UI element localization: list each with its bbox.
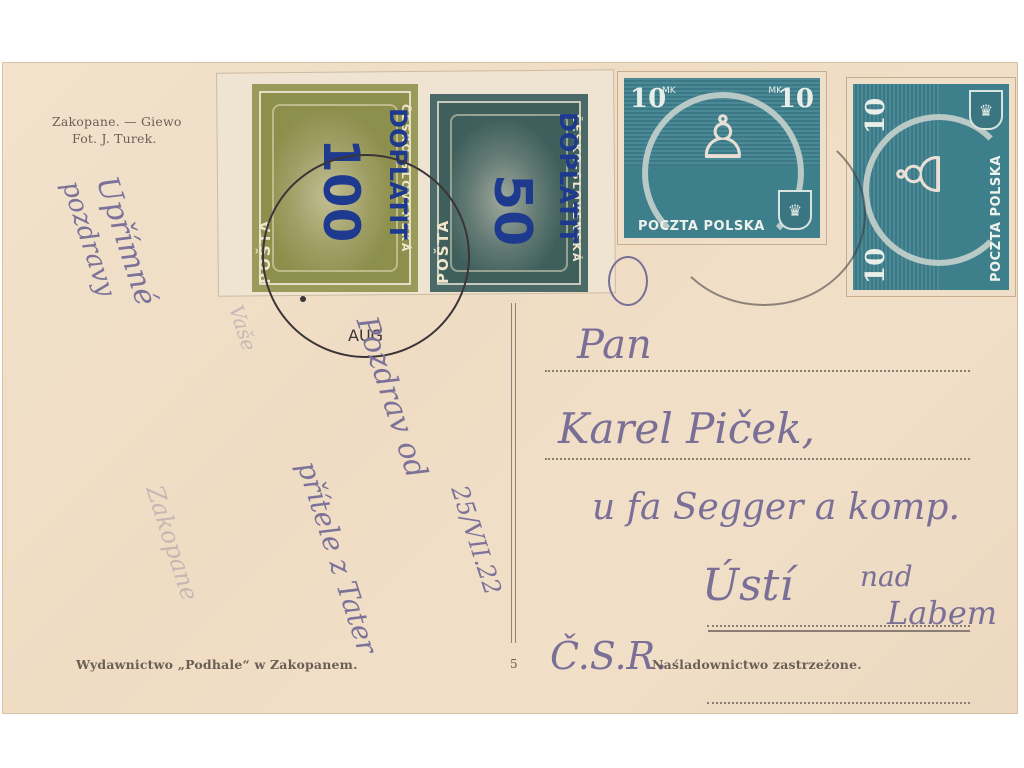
photo-caption: Zakopane. — Giewo [52, 114, 182, 129]
divider-line [511, 303, 516, 643]
address-name: Karel Piček, [558, 404, 815, 453]
copyright-notice: Naśladownictwo zastrzeżone. [652, 657, 862, 672]
faint-handwriting: Zakopane [140, 482, 203, 604]
address-line [707, 702, 970, 704]
overprint-text: DOPLATIT [554, 112, 582, 244]
overprint-value: 50 [482, 174, 542, 246]
publisher-imprint: Wydawnictwo „Podhale“ w Zakopanem. [76, 657, 358, 672]
handwritten-flourish [608, 256, 648, 306]
address-line [545, 370, 970, 372]
stamp-country: POCZTA POLSKA [989, 155, 1004, 282]
postmark-dot [300, 296, 306, 302]
stamp-unit: MK [662, 86, 676, 96]
stamp-poland-10mk: ♙ 10 10 ♛ POCZTA POLSKA [853, 84, 1009, 290]
address-city: Labem [887, 594, 997, 632]
photographer-credit: Fot. J. Turek. [72, 131, 157, 146]
faint-handwriting: Vaše [224, 302, 261, 354]
address-line [545, 458, 970, 460]
address-country: Č.S.R. [550, 634, 667, 678]
stamp-value: 10 [630, 84, 666, 114]
sower-icon: ♙ [890, 147, 950, 201]
handwritten-date: 25/VII.22 [445, 482, 507, 598]
handwritten-message: přítele z Tater [291, 457, 384, 658]
cancel-mark [662, 122, 866, 306]
address-city: nad [860, 560, 913, 593]
eagle-icon: ♛ [969, 90, 1003, 130]
address-salutation: Pan [577, 322, 652, 368]
postcard: Zakopane. — Giewo Fot. J. Turek. POŠTA Č… [2, 62, 1018, 714]
address-firm: u fa Segger a komp. [592, 487, 960, 528]
stamp-value: 10 [778, 84, 814, 114]
address-city: Ústí [702, 560, 793, 611]
stamp-value: 10 [861, 248, 891, 284]
stamp-value: 10 [861, 98, 891, 134]
stamp-unit: MK [768, 86, 782, 96]
card-number: 5 [510, 657, 518, 671]
